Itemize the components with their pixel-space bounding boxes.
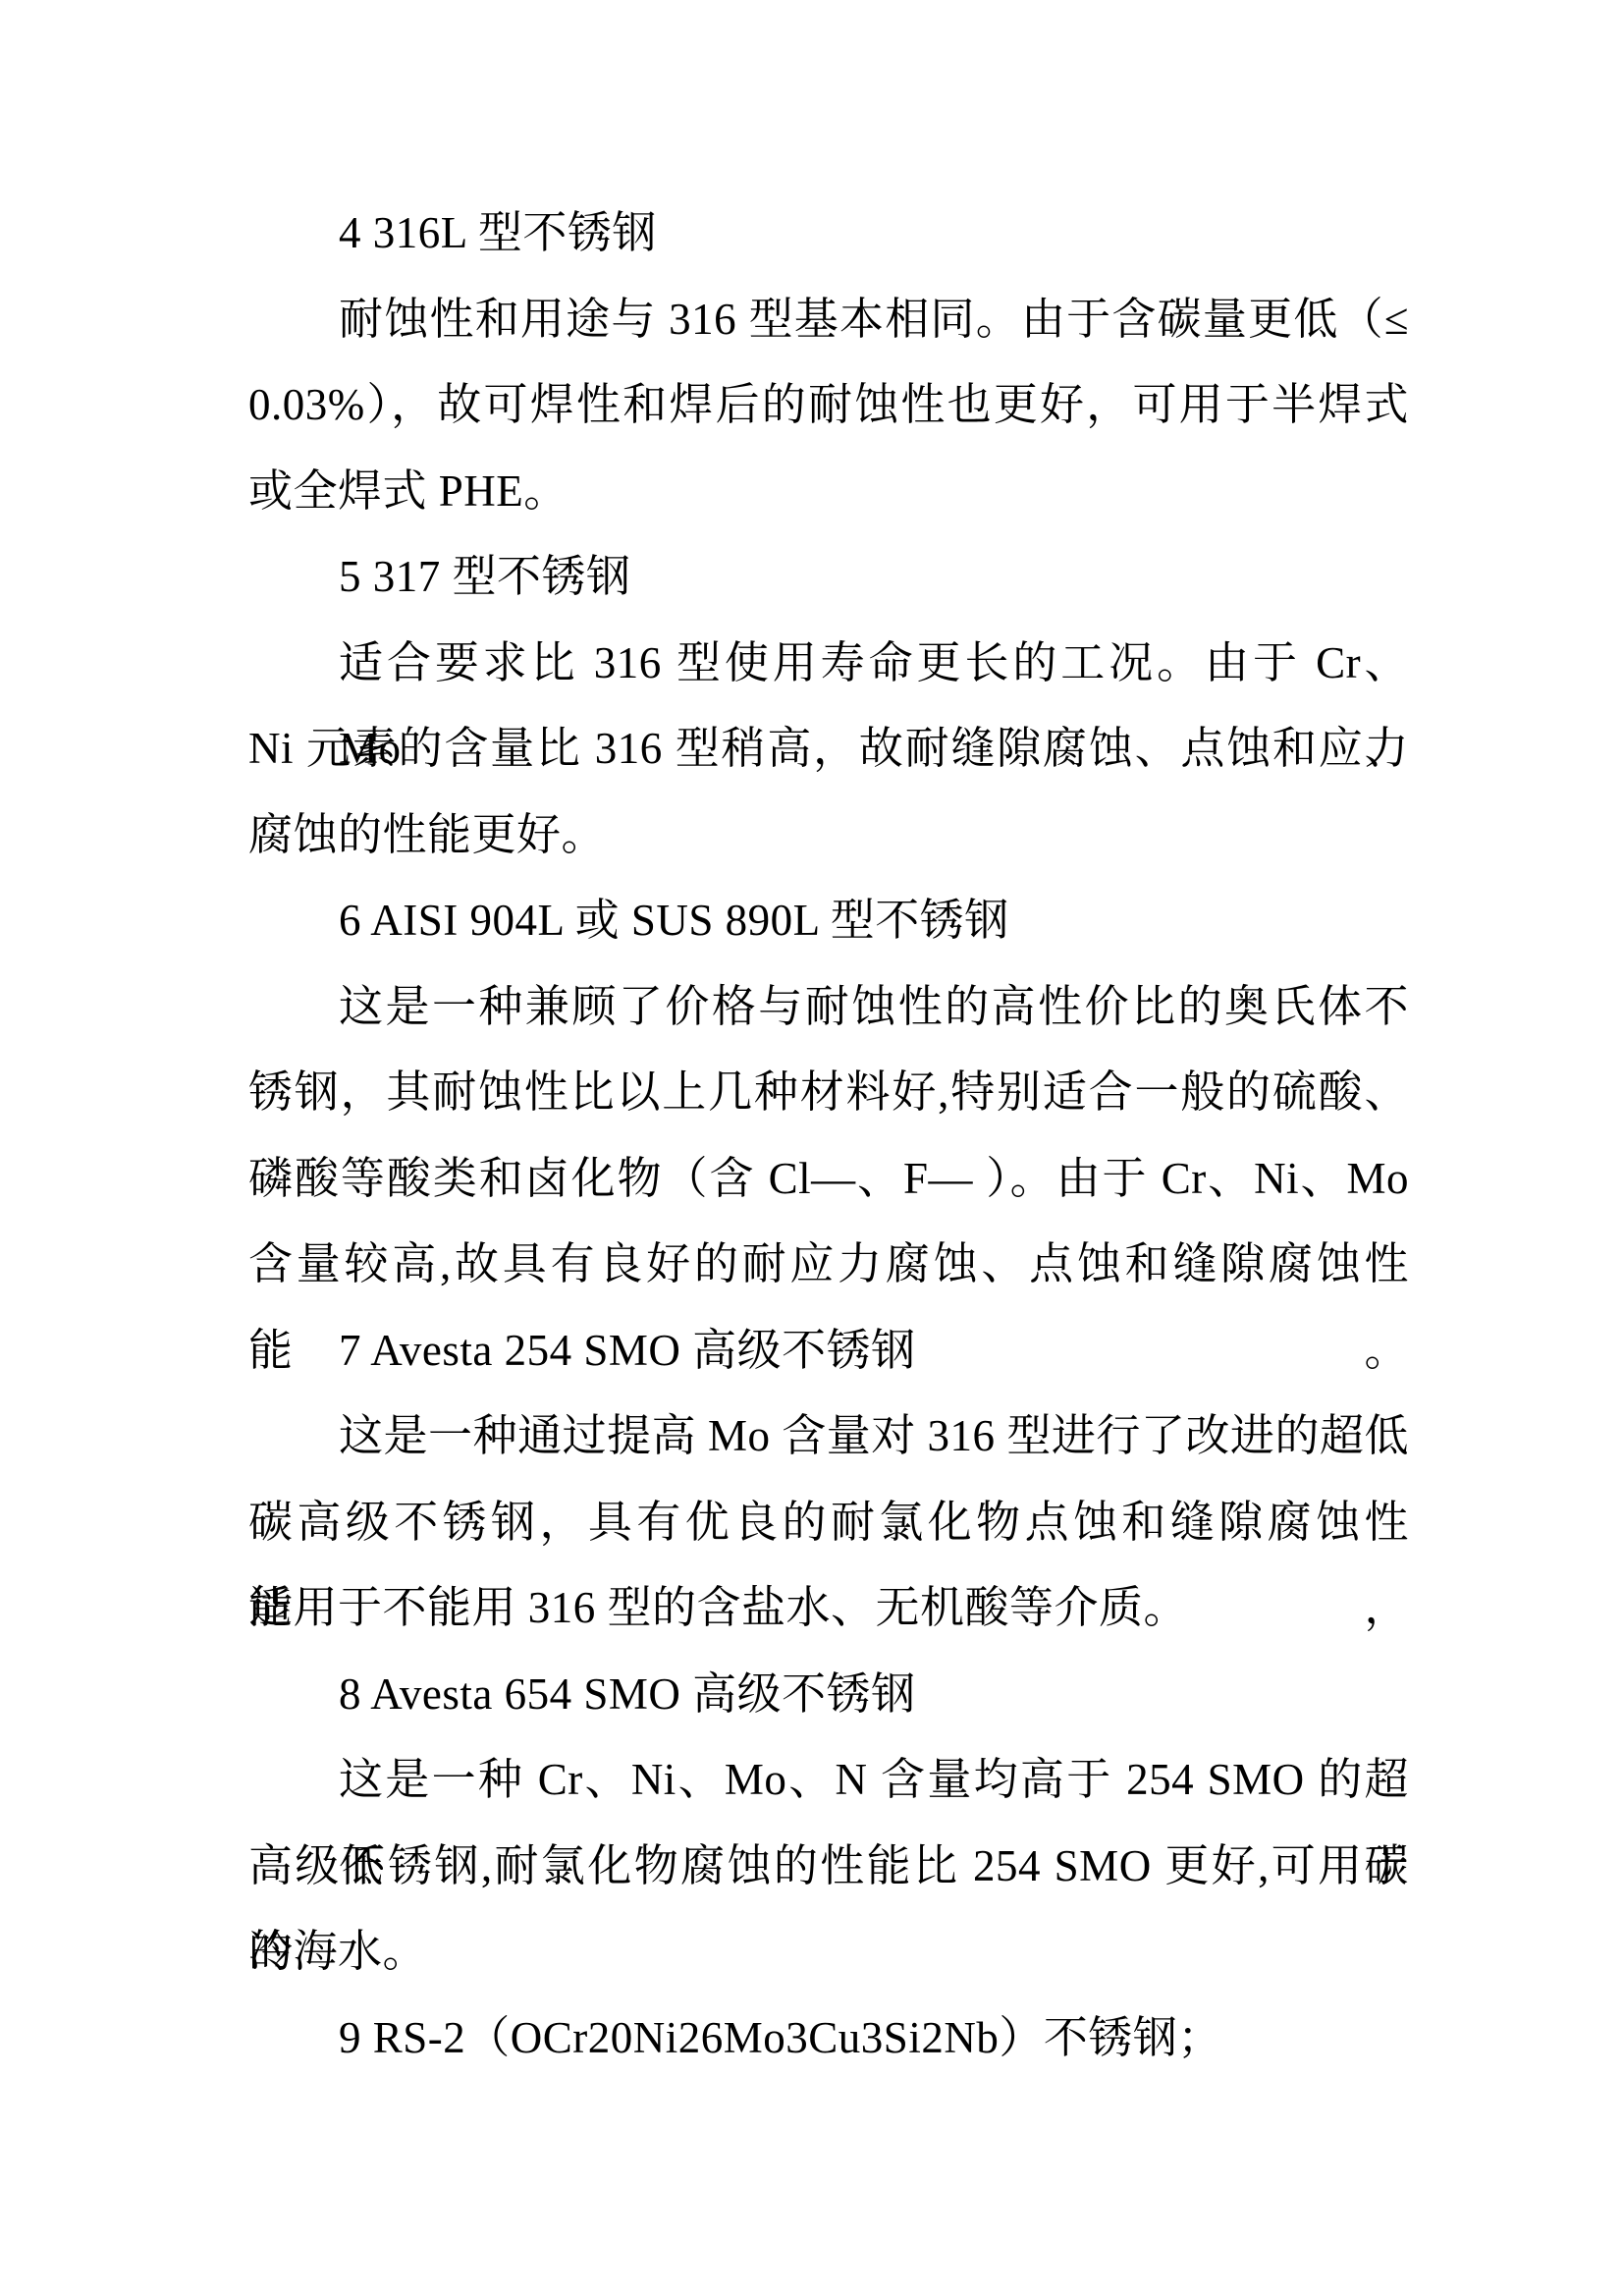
- heading-rs2: 9 RS-2（OCr20Ni26Mo3Cu3Si2Nb）不锈钢；: [248, 1995, 1409, 2082]
- text-line: 适合要求比 316 型使用寿命更长的工况。由于 Cr、Mo、: [248, 621, 1409, 707]
- text-line: 这是一种兼顾了价格与耐蚀性的高性价比的奥氏体不: [248, 964, 1409, 1051]
- text-line: 含量较高,故具有良好的耐应力腐蚀、点蚀和缝隙腐蚀性能。: [248, 1222, 1409, 1308]
- text-line: 这是一种通过提高 Mo 含量对 316 型进行了改进的超低: [248, 1394, 1409, 1480]
- text-line: 高级不锈钢,耐氯化物腐蚀的性能比 254 SMO 更好,可用于冷: [248, 1824, 1409, 1910]
- text-line: Ni 元素的含量比 316 型稍高，故耐缝隙腐蚀、点蚀和应力: [248, 706, 1409, 793]
- text-line: 锈钢，其耐蚀性比以上几种材料好,特别适合一般的硫酸、: [248, 1050, 1409, 1136]
- heading-316l: 4 316L 型不锈钢: [248, 191, 1409, 277]
- heading-654smo: 8 Avesta 654 SMO 高级不锈钢: [248, 1652, 1409, 1738]
- document-page: 4 316L 型不锈钢 耐蚀性和用途与 316 型基本相同。由于含碳量更低（≤ …: [0, 0, 1623, 2296]
- text-line: 0.03%），故可焊性和焊后的耐蚀性也更好，可用于半焊式: [248, 362, 1409, 449]
- text-block: 4 316L 型不锈钢 耐蚀性和用途与 316 型基本相同。由于含碳量更低（≤ …: [248, 191, 1409, 2081]
- heading-317: 5 317 型不锈钢: [248, 534, 1409, 621]
- text-line: 这是一种 Cr、Ni、Mo、N 含量均高于 254 SMO 的超低碳: [248, 1737, 1409, 1824]
- text-line: 碳高级不锈钢，具有优良的耐氯化物点蚀和缝隙腐蚀性能，: [248, 1480, 1409, 1566]
- text-line: 腐蚀的性能更好。: [248, 793, 1409, 879]
- text-line: 或全焊式 PHE。: [248, 449, 1409, 535]
- heading-904l: 6 AISI 904L 或 SUS 890L 型不锈钢: [248, 878, 1409, 964]
- text-line: 磷酸等酸类和卤化物（含 Cl—、F— ）。由于 Cr、Ni、Mo: [248, 1136, 1409, 1223]
- text-line: 耐蚀性和用途与 316 型基本相同。由于含碳量更低（≤: [248, 277, 1409, 363]
- text-line: 的海水。: [248, 1909, 1409, 1995]
